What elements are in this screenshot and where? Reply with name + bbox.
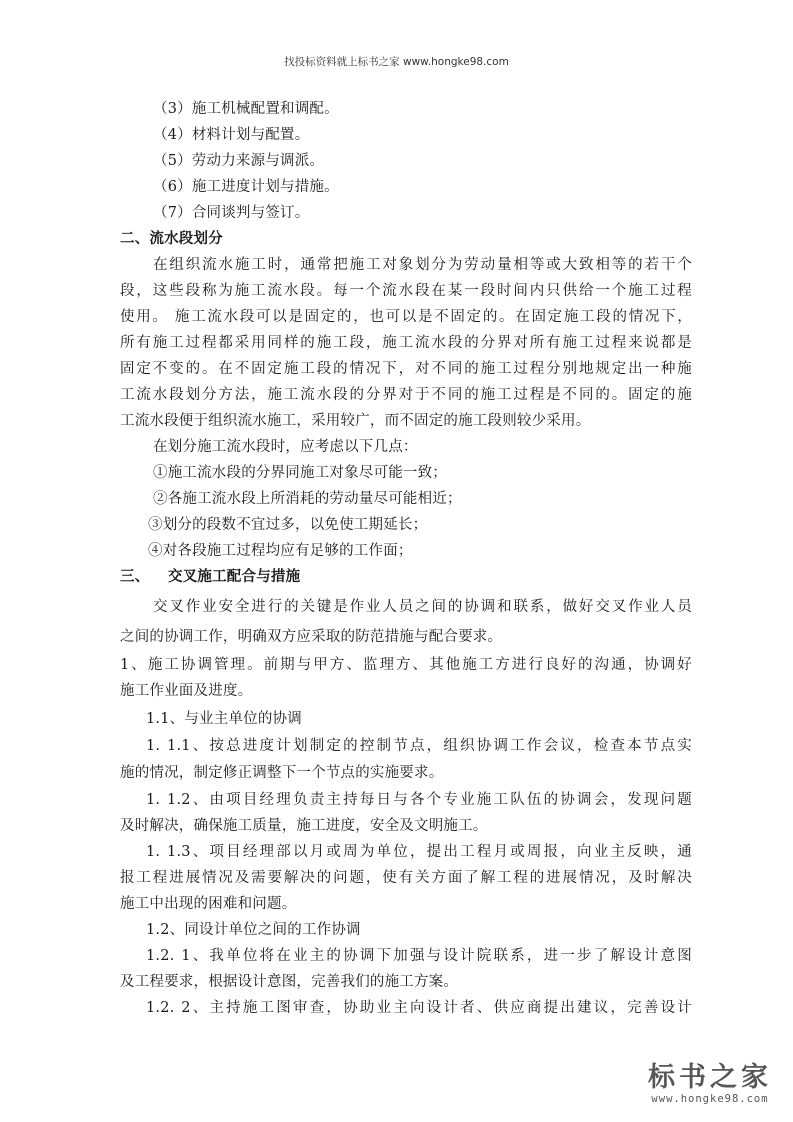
paragraph-line: 报工程进展情况及需要解决的问题，使有关方面了解工程的进展情况，及时解决 xyxy=(120,865,692,891)
paragraph-line: 施工中出现的困难和问题。 xyxy=(120,891,296,917)
list-item: ①施工流水段的分界同施工对象尽可能一致； xyxy=(153,460,447,486)
paragraph-line: 及时解决，确保施工质量，施工进度，安全及文明施工。 xyxy=(120,813,488,839)
paragraph-line: 1、施工协调管理。前期与甲方、监理方、其他施工方进行良好的沟通，协调好 xyxy=(120,652,692,678)
watermark-logo: 标书之家 www.hongke98.com xyxy=(640,1063,780,1105)
paragraph-line: 工流水段划分方法，施工流水段的分界对于不同的施工过程是不同的。固定的施 xyxy=(120,382,692,408)
subheading: 1.1、与业主单位的协调 xyxy=(146,706,302,732)
paragraph-line: 1. 1.3、项目经理部以月或周为单位，提出工程月或周报，向业主反映，通 xyxy=(146,839,692,865)
paragraph-line: 1. 1.2、由项目经理负责主持每日与各个专业施工队伍的协调会，发现问题 xyxy=(146,787,692,813)
watermark-title: 标书之家 xyxy=(640,1063,780,1093)
paragraph-line: 1.2. 1、我单位将在业主的协调下加强与设计院联系，进一步了解设计意图 xyxy=(146,943,692,969)
considerations-intro: 在划分施工流水段时，应考虑以下几点： xyxy=(153,434,418,460)
list-item: （5）劳动力来源与调派。 xyxy=(153,148,324,174)
section-heading: 二、流水段划分 xyxy=(120,226,223,252)
list-item: （7）合同谈判与签订。 xyxy=(153,200,309,226)
paragraph-line: 1. 1.1、按总进度计划制定的控制节点，组织协调工作会议，检查本节点实 xyxy=(146,733,692,759)
paragraph-line: 交叉作业安全进行的关键是作业人员之间的协调和联系，做好交叉作业人员 xyxy=(153,594,692,620)
paragraph-line: 及工程要求，根据设计意图，完善我们的施工方案。 xyxy=(120,969,458,995)
list-item: （6）施工进度计划与措施。 xyxy=(153,174,339,200)
list-item: （4）材料计划与配置。 xyxy=(153,122,309,148)
section-heading-number: 三、 xyxy=(120,564,149,590)
list-item: ④对各段施工过程均应有足够的工作面； xyxy=(148,538,413,564)
paragraph-line: 施的情况，制定修正调整下一个节点的实施要求。 xyxy=(120,760,443,786)
paragraph-line: 之间的协调工作，明确双方应采取的防范措施与配合要求。 xyxy=(120,624,502,650)
paragraph-line: 施工作业面及进度。 xyxy=(120,678,252,704)
list-item: ②各施工流水段上所消耗的劳动量尽可能相近； xyxy=(153,486,462,512)
watermark-url: www.hongke98.com xyxy=(640,1093,780,1105)
paragraph-line: 工流水段便于组织流水施工，采用较广，而不固定的施工段则较少采用。 xyxy=(120,408,590,434)
list-item: ③划分的段数不宜过多，以免使工期延长； xyxy=(148,512,427,538)
paragraph-line: 所有施工过程都采用同样的施工段，施工流水段的分界对所有施工过程来说都是 xyxy=(120,330,692,356)
page-header: 找投标资料就上标书之家 www.hongke98.com xyxy=(0,54,793,69)
paragraph-line: 固定不变的。在不固定施工段的情况下，对不同的施工过程分别地规定出一种施 xyxy=(120,356,692,382)
paragraph-line: 在组织流水施工时，通常把施工对象划分为劳动量相等或大致相等的若干个 xyxy=(153,252,692,278)
paragraph-line: 使用。 施工流水段可以是固定的，也可以是不固定的。在固定施工段的情况下， xyxy=(120,304,692,330)
section-heading: 交叉施工配合与措施 xyxy=(168,564,300,590)
paragraph-line: 1.2. 2、主持施工图审查，协助业主向设计者、供应商提出建议，完善设计 xyxy=(146,995,692,1021)
subheading: 1.2、同设计单位之间的工作协调 xyxy=(146,917,361,943)
list-item: （3）施工机械配置和调配。 xyxy=(153,96,339,122)
paragraph-line: 段，这些段称为施工流水段。每一个流水段在某一段时间内只供给一个施工过程 xyxy=(120,278,692,304)
